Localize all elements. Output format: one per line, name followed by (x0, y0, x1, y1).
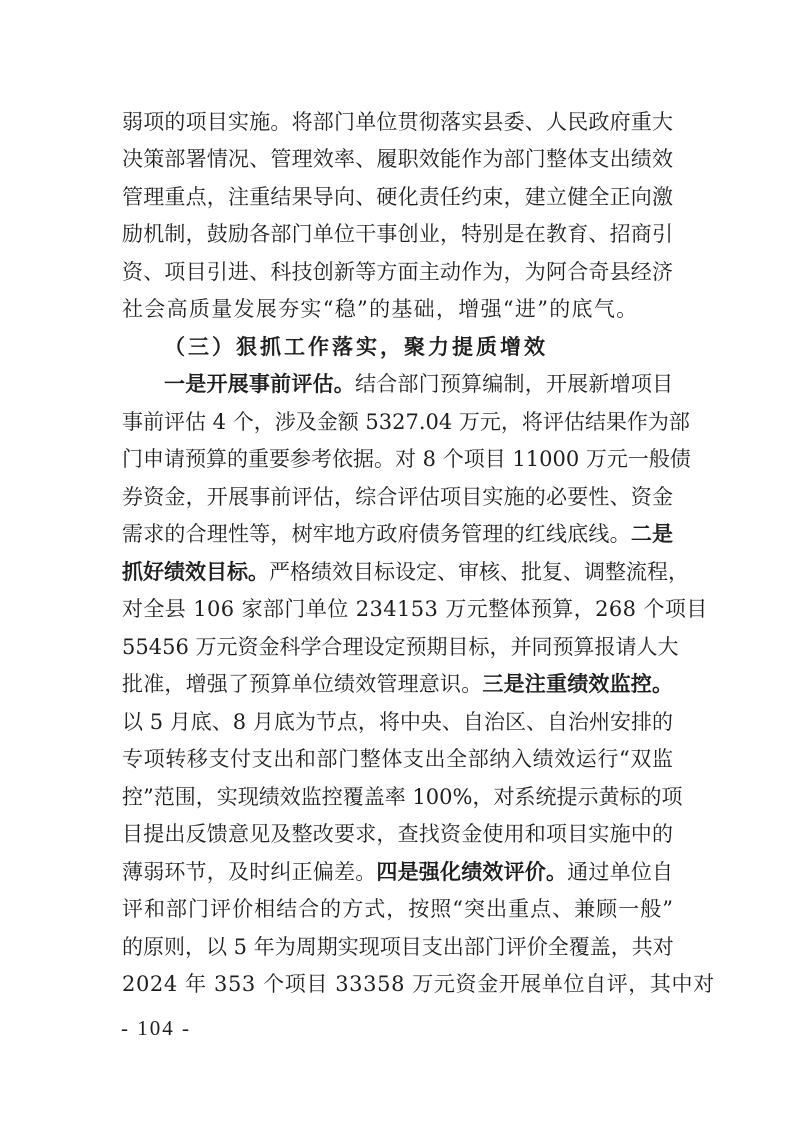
text-segment: 通过单位自 (567, 860, 673, 884)
bold-lead-1: 一是开展事前评估。 (164, 371, 355, 396)
text-segment: 决策部署情况、管理效率、履职效能作为部门整体支出绩效 (122, 147, 673, 171)
text-line-3: 管理重点，注重结果导向、硬化责任约束，建立健全正向激 (122, 182, 673, 212)
text-segment: 弱项的项目实施。将部门单位贯彻落实县委、人民政府重大 (122, 110, 673, 134)
text-segment: 资、项目引进、科技创新等方面主动作为，为阿合奇县经济 (122, 260, 673, 284)
text-line-18: 专项转移支付支出和部门整体支出全部纳入绩效运行“双监 (122, 744, 673, 774)
text-line-4: 励机制，鼓励各部门单位干事创业，特别是在教育、招商引 (122, 219, 673, 249)
text-segment: 的原则，以 5 年为周期实现项目支出部门评价全覆盖，共对 (122, 935, 674, 959)
bold-lead-4: 四是强化绩效评价。 (376, 859, 567, 884)
text-line-14: 对全县 106 家部门单位 234153 万元整体预算，268 个项目 (122, 594, 673, 624)
text-segment: 2024 年 353 个项目 33358 万元资金开展单位自评，其中对 (122, 972, 715, 996)
text-segment: 需求的合理性等，树牢地方政府债务管理的红线底线。 (122, 522, 631, 546)
bold-lead-3: 三是注重绩效监控。 (482, 671, 673, 696)
text-line-24: 2024 年 353 个项目 33358 万元资金开展单位自评，其中对 (122, 969, 673, 999)
text-segment: 55456 万元资金科学合理设定预期目标，并同预算报请人大 (122, 635, 678, 659)
section-heading: （三）狠抓工作落实，聚力提质增效 (164, 332, 673, 362)
text-line-21: 薄弱环节，及时纠正偏差。四是强化绩效评价。通过单位自 (122, 857, 673, 887)
text-line-2: 决策部署情况、管理效率、履职效能作为部门整体支出绩效 (122, 144, 673, 174)
text-line-12: 需求的合理性等，树牢地方政府债务管理的红线底线。二是 (122, 519, 673, 549)
text-segment: 评和部门评价相结合的方式，按照“突出重点、兼顾一般” (122, 897, 674, 921)
text-segment: 批准，增强了预算单位绩效管理意识。 (122, 672, 482, 696)
text-line-15: 55456 万元资金科学合理设定预期目标，并同预算报请人大 (122, 632, 673, 662)
text-line-13: 抓好绩效目标。严格绩效目标设定、审核、批复、调整流程， (122, 557, 673, 587)
text-line-16: 批准，增强了预算单位绩效管理意识。三是注重绩效监控。 (122, 669, 673, 699)
text-line-11: 券资金，开展事前评估，综合评估项目实施的必要性、资金 (122, 482, 673, 512)
page-number: - 104 - (121, 1016, 191, 1041)
text-line-23: 的原则，以 5 年为周期实现项目支出部门评价全覆盖，共对 (122, 932, 673, 962)
text-segment: 事前评估 4 个，涉及金额 5327.04 万元，将评估结果作为部 (122, 410, 690, 434)
text-segment: 专项转移支付支出和部门整体支出全部纳入绩效运行“双监 (122, 747, 674, 771)
text-segment: 薄弱环节，及时纠正偏差。 (122, 860, 376, 884)
text-segment: 结合部门预算编制，开展新增项目 (355, 372, 673, 396)
document-page: 弱项的项目实施。将部门单位贯彻落实县委、人民政府重大 决策部署情况、管理效率、履… (0, 0, 793, 1122)
text-line-10: 门申请预算的重要参考依据。对 8 个项目 11000 万元一般债 (122, 444, 673, 474)
text-segment: 门申请预算的重要参考依据。对 8 个项目 11000 万元一般债 (122, 447, 691, 471)
text-line-8: 一是开展事前评估。结合部门预算编制，开展新增项目 (164, 369, 673, 399)
text-line-6: 社会高质量发展夯实“稳”的基础，增强“进”的底气。 (122, 294, 673, 324)
text-line-9: 事前评估 4 个，涉及金额 5327.04 万元，将评估结果作为部 (122, 407, 673, 437)
text-segment: 控”范围，实现绩效监控覆盖率 100%，对系统提示黄标的项 (122, 785, 682, 809)
text-segment: 社会高质量发展夯实“稳”的基础，增强“进”的底气。 (122, 297, 638, 321)
text-line-20: 目提出反馈意见及整改要求，查找资金使用和项目实施中的 (122, 819, 673, 849)
text-segment: 严格绩效目标设定、审核、批复、调整流程， (269, 560, 689, 584)
text-segment: 励机制，鼓励各部门单位干事创业，特别是在教育、招商引 (122, 222, 673, 246)
heading-text: （三）狠抓工作落实，聚力提质增效 (164, 334, 548, 359)
bold-lead-2b: 抓好绩效目标。 (122, 559, 269, 584)
text-segment: 以 5 月底、8 月底为节点，将中央、自治区、自治州安排的 (122, 710, 673, 734)
text-line-5: 资、项目引进、科技创新等方面主动作为，为阿合奇县经济 (122, 257, 673, 287)
text-line-1: 弱项的项目实施。将部门单位贯彻落实县委、人民政府重大 (122, 107, 673, 137)
text-segment: 对全县 106 家部门单位 234153 万元整体预算，268 个项目 (122, 597, 708, 621)
text-segment: 管理重点，注重结果导向、硬化责任约束，建立健全正向激 (122, 185, 673, 209)
text-segment: 券资金，开展事前评估，综合评估项目实施的必要性、资金 (122, 485, 673, 509)
text-line-17: 以 5 月底、8 月底为节点，将中央、自治区、自治州安排的 (122, 707, 673, 737)
text-line-22: 评和部门评价相结合的方式，按照“突出重点、兼顾一般” (122, 894, 673, 924)
text-line-19: 控”范围，实现绩效监控覆盖率 100%，对系统提示黄标的项 (122, 782, 673, 812)
text-segment: 目提出反馈意见及整改要求，查找资金使用和项目实施中的 (122, 822, 673, 846)
bold-lead-2a: 二是 (631, 521, 673, 546)
